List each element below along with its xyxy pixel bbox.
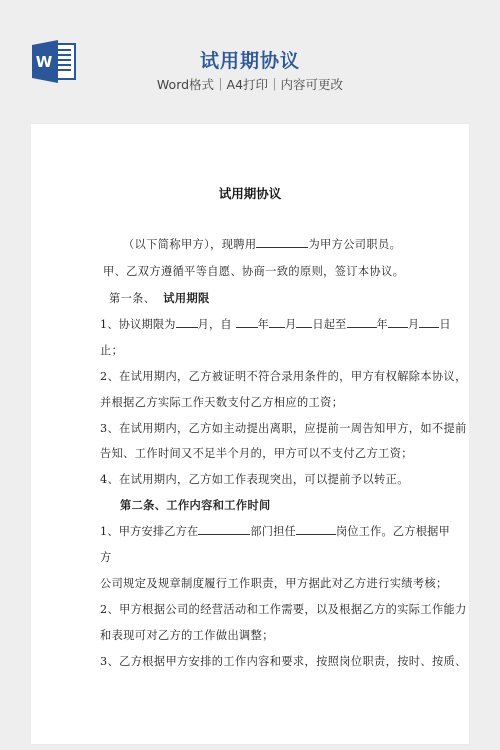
- section2-item2-line1: 2、甲方根据公司的经营活动和工作需要，以及根据乙方的实际工作能力: [100, 601, 467, 617]
- blank-employee-name: [256, 246, 308, 248]
- section1-title: 试用期限: [163, 292, 209, 305]
- section2-item1-cont1: 方: [100, 549, 112, 565]
- text: 日起至: [312, 318, 346, 331]
- section1-item2-line1: 2、在试用期内，乙方被证明不符合录用条件的，甲方有权解除本协议，: [100, 368, 467, 384]
- section2-item1: 1、甲方安排乙方在部门担任岗位工作。乙方根据甲: [100, 523, 450, 539]
- blank-start-month: [269, 326, 285, 328]
- blank-department: [198, 533, 250, 535]
- text: 1、甲方安排乙方在: [100, 525, 198, 538]
- section2-item3-line1: 3、乙方根据甲方安排的工作内容和要求，按照岗位职责，按时、按质、: [100, 653, 467, 669]
- section2-heading: 第二条、工作内容和工作时间: [120, 497, 271, 513]
- text: 月: [285, 318, 296, 331]
- section1-item2-line2: 并根据乙方实际工作天数支付乙方相应的工资；: [100, 394, 343, 410]
- promo-subtitle: Word格式｜A4打印｜内容可更改: [0, 75, 500, 93]
- blank-months: [176, 326, 198, 328]
- section2-item1-cont2: 公司规定及规章制度履行工作职责，甲方据此对乙方进行实绩考核；: [100, 575, 448, 591]
- text: 岗位工作。乙方根据甲: [336, 525, 450, 538]
- blank-start-year: [236, 326, 258, 328]
- text: 日: [439, 318, 450, 331]
- section1-item1-cont: 止；: [100, 342, 123, 358]
- blank-position: [296, 533, 336, 535]
- intro-text: （以下简称甲方），现聘用: [123, 238, 256, 251]
- intro-text-end: 为甲方公司职员。: [308, 238, 401, 251]
- text: 月: [408, 318, 419, 331]
- section2-item2-line2: 和表现可对乙方的工作做出调整；: [100, 627, 274, 643]
- promo-title: 试用期协议: [0, 46, 500, 73]
- blank-start-day: [296, 326, 312, 328]
- blank-end-month: [388, 326, 408, 328]
- document-body: 试用期协议 （以下简称甲方），现聘用为甲方公司职员。 甲、乙双方遵循平等自愿、协…: [31, 124, 469, 744]
- section1-prefix: 第一条、: [109, 292, 155, 305]
- section1-item3-line2: 告知、工作时间又不足半个月的，甲方可以不支付乙方工资；: [100, 445, 413, 461]
- blank-end-day: [419, 326, 439, 328]
- text: 年: [258, 318, 269, 331]
- document-title: 试用期协议: [31, 184, 469, 202]
- intro-line-2: 甲、乙双方遵循平等自愿、协商一致的原则，签订本协议。: [103, 263, 404, 279]
- text: 部门担任: [250, 525, 296, 538]
- text: 年: [377, 318, 388, 331]
- section1-item4: 4、在试用期内，乙方如工作表现突出，可以提前予以转正。: [100, 471, 409, 487]
- text: 1、协议期限为: [100, 318, 176, 331]
- intro-line-1: （以下简称甲方），现聘用为甲方公司职员。: [123, 236, 401, 252]
- section1-item3-line1: 3、在试用期内，乙方如主动提出离职，应提前一周告知甲方，如不提前: [100, 420, 467, 436]
- section1-heading: 第一条、 试用期限: [109, 290, 210, 306]
- promo-header: W 试用期协议 Word格式｜A4打印｜内容可更改: [0, 0, 500, 124]
- document-page: 试用期协议 （以下简称甲方），现聘用为甲方公司职员。 甲、乙双方遵循平等自愿、协…: [31, 124, 469, 744]
- section1-item1: 1、协议期限为月，自 年月日起至年月日: [100, 316, 451, 332]
- text: 月，自: [198, 318, 236, 331]
- blank-end-year: [347, 326, 377, 328]
